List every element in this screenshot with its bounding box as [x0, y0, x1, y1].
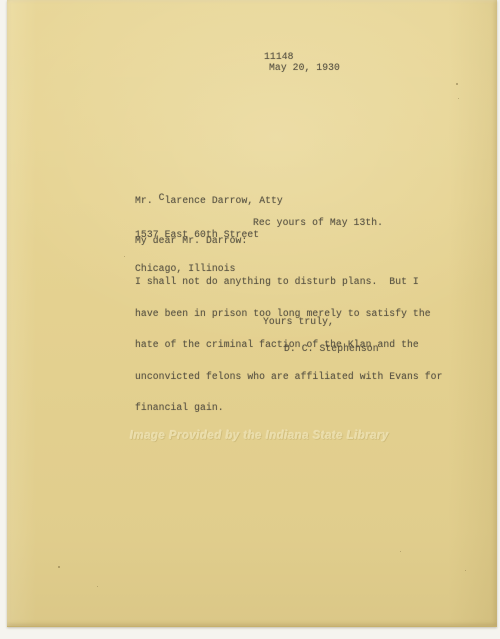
paper-speck — [458, 98, 459, 99]
salutation-line: My dear Mr. Darrow: — [135, 236, 247, 247]
paper-speck — [97, 586, 98, 587]
recipient-name-rest: larence Darrow, Atty — [165, 195, 283, 206]
body-line: I shall not do anything to disturb plans… — [135, 277, 443, 288]
closing-line: Yours truly, — [263, 317, 334, 328]
paper-speck — [456, 83, 458, 85]
scan-background: 11148 May 20, 1930 Mr. Clarence Darrow, … — [0, 0, 500, 639]
body-line: financial gain. — [135, 403, 443, 414]
document-number: 11148 — [264, 52, 294, 63]
reference-line: Rec yours of May 13th. — [253, 218, 383, 229]
paper-speck — [124, 256, 125, 257]
recipient-name-raised-letter: C — [159, 192, 165, 203]
paper-speck — [465, 570, 466, 571]
paper-speck — [400, 551, 401, 552]
watermark-text: Image Provided by the Indiana State Libr… — [130, 430, 389, 442]
signature-line: D. C. Stephenson — [284, 344, 379, 355]
letter-paper: 11148 May 20, 1930 Mr. Clarence Darrow, … — [7, 0, 497, 627]
recipient-name-line: Mr. Clarence Darrow, Atty — [135, 195, 283, 206]
paper-speck — [58, 566, 60, 568]
recipient-name-prefix: Mr. — [135, 195, 159, 206]
body-line: unconvicted felons who are affiliated wi… — [135, 372, 443, 383]
letter-date: May 20, 1930 — [269, 63, 340, 74]
